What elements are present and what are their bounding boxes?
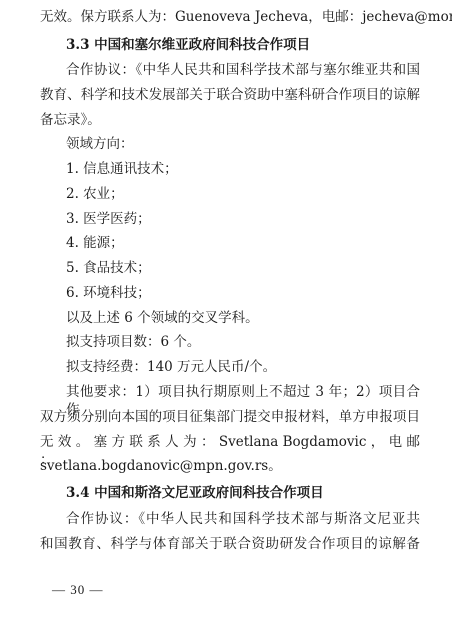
paragraph-line: 合作协议：《中华人民共和国科学技术部与塞尔维亚共和国 [66, 61, 420, 79]
list-item: 4. 能源； [66, 234, 420, 252]
paragraph-line: 双方须分别向本国的项目征集部门提交申报材料，单方申报项目 [40, 408, 420, 426]
list-item: 5. 食品技术； [66, 259, 420, 277]
document-page: 无效。保方联系人为：Guenoveva Jecheva，电邮：jecheva@m… [0, 0, 452, 626]
page-number: — 30 — [52, 581, 104, 599]
list-item: 3. 医学医药； [66, 210, 420, 228]
list-item: 1. 信息通讯技术； [66, 160, 420, 178]
field-label: 领域方向： [66, 135, 420, 153]
paragraph-line: 备忘录》。 [40, 111, 420, 129]
paragraph-line: 教育、科学和技术发展部关于联合资助中塞科研合作项目的谅解 [40, 86, 420, 104]
list-item: 2. 农业； [66, 185, 420, 203]
paragraph-line: 拟支持经费：140 万元人民币/个。 [66, 358, 420, 376]
paragraph-line: 合作协议：《中华人民共和国科学技术部与斯洛文尼亚共 [66, 510, 420, 528]
paragraph-line: 无效。保方联系人为：Guenoveva Jecheva，电邮：jecheva@m… [40, 8, 420, 26]
paragraph-line: 以及上述 6 个领域的交叉学科。 [66, 309, 420, 327]
email-link: svetlana.bogdanovic@mpn.gov.rs。 [40, 457, 420, 475]
section-heading-3-3: 3.3 中国和塞尔维亚政府间科技合作项目 [66, 36, 420, 54]
section-heading-3-4: 3.4 中国和斯洛文尼亚政府间科技合作项目 [66, 484, 420, 502]
paragraph-line: 拟支持项目数：6 个。 [66, 333, 420, 351]
paragraph-line: 和国教育、科学与体育部关于联合资助研发合作项目的谅解备 [40, 535, 420, 553]
list-item: 6. 环境科技； [66, 284, 420, 302]
